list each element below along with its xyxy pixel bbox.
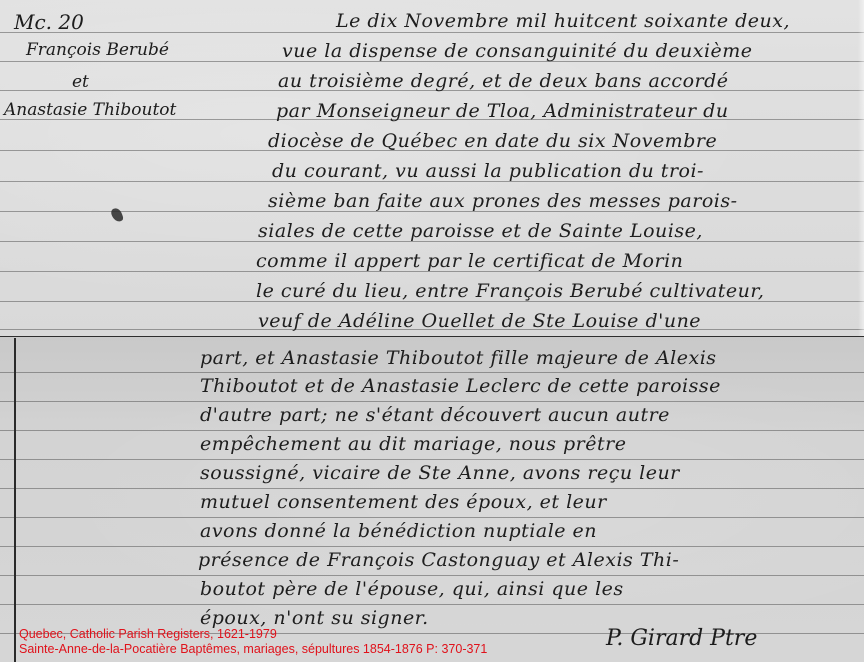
ruled-line-margin bbox=[0, 604, 14, 605]
ruled-line bbox=[0, 32, 864, 33]
entry-number: Mc. 20 bbox=[14, 10, 84, 34]
source-caption-collection: Quebec, Catholic Parish Registers, 1621-… bbox=[19, 627, 277, 641]
entry-line: Le dix Novembre mil huitcent soixante de… bbox=[336, 10, 790, 32]
ruled-line-margin bbox=[0, 575, 14, 576]
page-edge bbox=[858, 0, 864, 336]
register-page-top-section: Mc. 20 François Berubé et Anastasie Thib… bbox=[0, 0, 864, 336]
entry-line: Thiboutot et de Anastasie Leclerc de cet… bbox=[200, 375, 721, 397]
ruled-line-margin bbox=[0, 372, 14, 373]
entry-line: part, et Anastasie Thiboutot fille majeu… bbox=[200, 347, 717, 369]
margin-conjunction: et bbox=[72, 72, 89, 92]
ruled-line bbox=[16, 488, 864, 489]
margin-groom-name: François Berubé bbox=[26, 40, 169, 60]
ruled-line-margin bbox=[0, 633, 14, 634]
ruled-line bbox=[16, 604, 864, 605]
entry-line: présence de François Castonguay et Alexi… bbox=[198, 549, 679, 571]
ruled-line-margin bbox=[0, 546, 14, 547]
entry-line: du courant, vu aussi la publication du t… bbox=[272, 160, 704, 182]
entry-line: vue la dispense de consanguinité du deux… bbox=[282, 40, 753, 62]
entry-line: par Monseigneur de Tloa, Administrateur … bbox=[276, 100, 729, 122]
ruled-line-margin bbox=[0, 488, 14, 489]
entry-line: d'autre part; ne s'étant découvert aucun… bbox=[200, 404, 670, 426]
ruled-line bbox=[16, 430, 864, 431]
entry-line: mutuel consentement des époux, et leur bbox=[200, 491, 607, 513]
entry-line: boutot père de l'épouse, qui, ainsi que … bbox=[200, 578, 624, 600]
register-page-bottom-section: part, et Anastasie Thiboutot fille majeu… bbox=[0, 337, 864, 662]
ruled-line bbox=[16, 546, 864, 547]
ruled-line bbox=[16, 401, 864, 402]
entry-line: diocèse de Québec en date du six Novembr… bbox=[268, 130, 717, 152]
margin-bride-name: Anastasie Thiboutot bbox=[4, 100, 176, 120]
ruled-line bbox=[16, 372, 864, 373]
ink-blot bbox=[110, 207, 124, 224]
entry-line: comme il appert par le certificat de Mor… bbox=[256, 250, 683, 272]
ruled-line-margin bbox=[0, 401, 14, 402]
ruled-line bbox=[16, 575, 864, 576]
priest-signature: P. Girard Ptre bbox=[606, 626, 757, 651]
source-caption-volume: Sainte-Anne-de-la-Pocatière Baptêmes, ma… bbox=[19, 642, 487, 656]
ruled-line-margin bbox=[0, 430, 14, 431]
ruled-line bbox=[16, 459, 864, 460]
entry-line: sième ban faite aux prones des messes pa… bbox=[268, 190, 738, 212]
entry-line: siales de cette paroisse et de Sainte Lo… bbox=[258, 220, 703, 242]
entry-line: veuf de Adéline Ouellet de Ste Louise d'… bbox=[258, 310, 701, 332]
entry-line: le curé du lieu, entre François Berubé c… bbox=[256, 280, 764, 302]
entry-line: époux, n'ont su signer. bbox=[200, 607, 429, 629]
entry-line: au troisième degré, et de deux bans acco… bbox=[278, 70, 729, 92]
entry-line: avons donné la bénédiction nuptiale en bbox=[200, 520, 597, 542]
margin-rule bbox=[14, 338, 16, 662]
entry-line: soussigné, vicaire de Ste Anne, avons re… bbox=[200, 462, 680, 484]
ruled-line-margin bbox=[0, 517, 14, 518]
ruled-line bbox=[16, 517, 864, 518]
ruled-line-margin bbox=[0, 459, 14, 460]
entry-line: empêchement au dit mariage, nous prêtre bbox=[200, 433, 626, 455]
